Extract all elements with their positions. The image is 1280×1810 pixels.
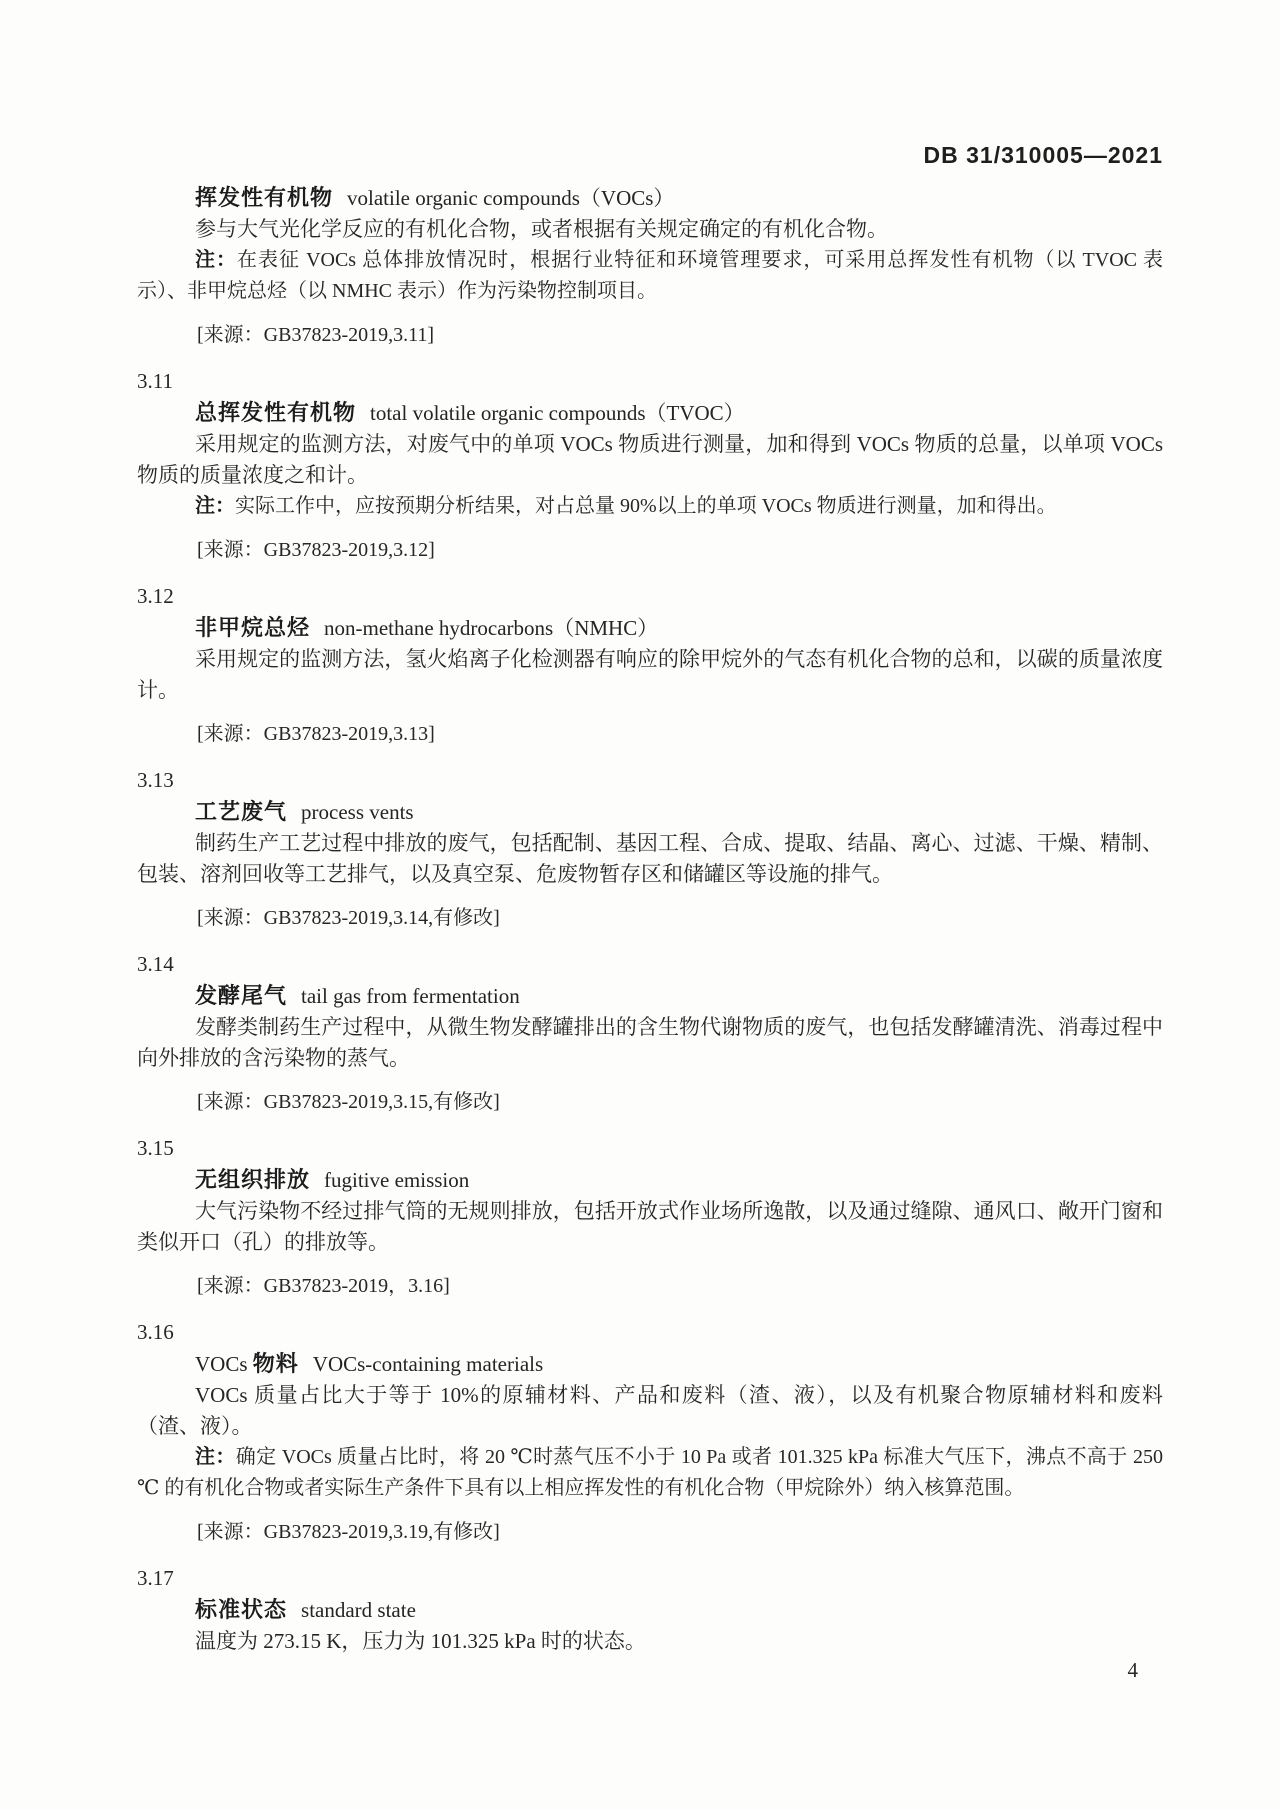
term-english: tail gas from fermentation	[301, 984, 520, 1008]
term-english: VOCs-containing materials	[313, 1352, 543, 1376]
section-number: 3.11	[137, 366, 1163, 397]
term-english: non-methane hydrocarbons（NMHC）	[324, 616, 658, 640]
section-number: 3.16	[137, 1317, 1163, 1348]
term-heading: 标准状态standard state	[137, 1594, 1163, 1626]
term-zh-prefix: VOCs	[195, 1352, 253, 1376]
note-text: 实际工作中，应按预期分析结果，对占总量 90%以上的单项 VOCs 物质进行测量…	[235, 495, 1057, 517]
term-chinese: 无组织排放	[195, 1167, 310, 1192]
term-section: 3.15 无组织排放fugitive emission 大气污染物不经过排气筒的…	[137, 1133, 1163, 1302]
document-page: DB 31/310005—2021 挥发性有机物volatile organic…	[0, 0, 1280, 1810]
term-english: standard state	[301, 1598, 416, 1622]
page-content: DB 31/310005—2021 挥发性有机物volatile organic…	[0, 0, 1280, 1657]
source-line: [来源：GB37823-2019,3.12]	[197, 535, 1163, 566]
term-chinese: 工艺废气	[195, 799, 287, 824]
term-english: total volatile organic compounds（TVOC）	[370, 401, 745, 425]
term-section: 3.17 标准状态standard state 温度为 273.15 K，压力为…	[137, 1563, 1163, 1657]
term-chinese: 发酵尾气	[195, 983, 287, 1008]
term-heading: 挥发性有机物volatile organic compounds（VOCs）	[137, 182, 1163, 214]
term-heading: 无组织排放fugitive emission	[137, 1164, 1163, 1196]
note-paragraph: 注：在表征 VOCs 总体排放情况时，根据行业特征和环境管理要求，可采用总挥发性…	[137, 245, 1163, 307]
source-line: [来源：GB37823-2019,3.14,有修改]	[197, 903, 1163, 934]
section-number: 3.13	[137, 765, 1163, 796]
doc-number: DB 31/310005—2021	[137, 0, 1163, 168]
term-english: fugitive emission	[324, 1168, 469, 1192]
term-chinese: 非甲烷总烃	[195, 615, 310, 640]
section-number: 3.17	[137, 1563, 1163, 1594]
note-paragraph: 注：实际工作中，应按预期分析结果，对占总量 90%以上的单项 VOCs 物质进行…	[137, 491, 1163, 522]
term-heading: 总挥发性有机物total volatile organic compounds（…	[137, 397, 1163, 429]
definition-paragraph: 参与大气光化学反应的有机化合物，或者根据有关规定确定的有机化合物。	[137, 214, 1163, 245]
term-heading: 发酵尾气tail gas from fermentation	[137, 980, 1163, 1012]
source-line: [来源：GB37823-2019,3.13]	[197, 719, 1163, 750]
term-section: 3.16 VOCs 物料VOCs-containing materials VO…	[137, 1317, 1163, 1548]
term-section: 3.11 总挥发性有机物total volatile organic compo…	[137, 366, 1163, 566]
note-label: 注：	[195, 249, 237, 271]
source-line: [来源：GB37823-2019,3.19,有修改]	[197, 1517, 1163, 1548]
definition-paragraph: VOCs 质量占比大于等于 10%的原辅材料、产品和废料（渣、液），以及有机聚合…	[137, 1380, 1163, 1442]
term-heading: 工艺废气process vents	[137, 796, 1163, 828]
term-chinese: 挥发性有机物	[195, 185, 333, 210]
section-number: 3.14	[137, 949, 1163, 980]
section-number: 3.15	[137, 1133, 1163, 1164]
note-label: 注：	[195, 495, 235, 517]
term-section: 3.12 非甲烷总烃non-methane hydrocarbons（NMHC）…	[137, 581, 1163, 750]
term-chinese: 物料	[253, 1351, 299, 1376]
section-number: 3.12	[137, 581, 1163, 612]
definition-paragraph: 大气污染物不经过排气筒的无规则排放，包括开放式作业场所逸散，以及通过缝隙、通风口…	[137, 1196, 1163, 1258]
term-english: volatile organic compounds（VOCs）	[347, 186, 674, 210]
source-line: [来源：GB37823-2019，3.16]	[197, 1271, 1163, 1302]
note-paragraph: 注：确定 VOCs 质量占比时，将 20 ℃时蒸气压不小于 10 Pa 或者 1…	[137, 1442, 1163, 1504]
definition-paragraph: 发酵类制药生产过程中，从微生物发酵罐排出的含生物代谢物质的废气，也包括发酵罐清洗…	[137, 1012, 1163, 1074]
definition-paragraph: 采用规定的监测方法，氢火焰离子化检测器有响应的除甲烷外的气态有机化合物的总和，以…	[137, 644, 1163, 706]
term-section: 3.13 工艺废气process vents 制药生产工艺过程中排放的废气，包括…	[137, 765, 1163, 934]
source-line: [来源：GB37823-2019,3.11]	[197, 320, 1163, 351]
note-text: 在表征 VOCs 总体排放情况时，根据行业特征和环境管理要求，可采用总挥发性有机…	[137, 249, 1163, 302]
page-number: 4	[1128, 1658, 1139, 1683]
term-section: 3.14 发酵尾气tail gas from fermentation 发酵类制…	[137, 949, 1163, 1118]
note-text: 确定 VOCs 质量占比时，将 20 ℃时蒸气压不小于 10 Pa 或者 101…	[137, 1446, 1163, 1499]
term-heading: 非甲烷总烃non-methane hydrocarbons（NMHC）	[137, 612, 1163, 644]
term-section: 挥发性有机物volatile organic compounds（VOCs） 参…	[137, 182, 1163, 351]
definition-paragraph: 采用规定的监测方法，对废气中的单项 VOCs 物质进行测量，加和得到 VOCs …	[137, 429, 1163, 491]
term-chinese: 总挥发性有机物	[195, 400, 356, 425]
note-label: 注：	[195, 1446, 236, 1468]
definition-paragraph: 制药生产工艺过程中排放的废气，包括配制、基因工程、合成、提取、结晶、离心、过滤、…	[137, 828, 1163, 890]
term-chinese: 标准状态	[195, 1597, 287, 1622]
terms-and-definitions-body: 挥发性有机物volatile organic compounds（VOCs） 参…	[137, 182, 1163, 1657]
term-english: process vents	[301, 800, 414, 824]
definition-paragraph: 温度为 273.15 K，压力为 101.325 kPa 时的状态。	[137, 1626, 1163, 1657]
source-line: [来源：GB37823-2019,3.15,有修改]	[197, 1087, 1163, 1118]
term-heading: VOCs 物料VOCs-containing materials	[137, 1348, 1163, 1380]
